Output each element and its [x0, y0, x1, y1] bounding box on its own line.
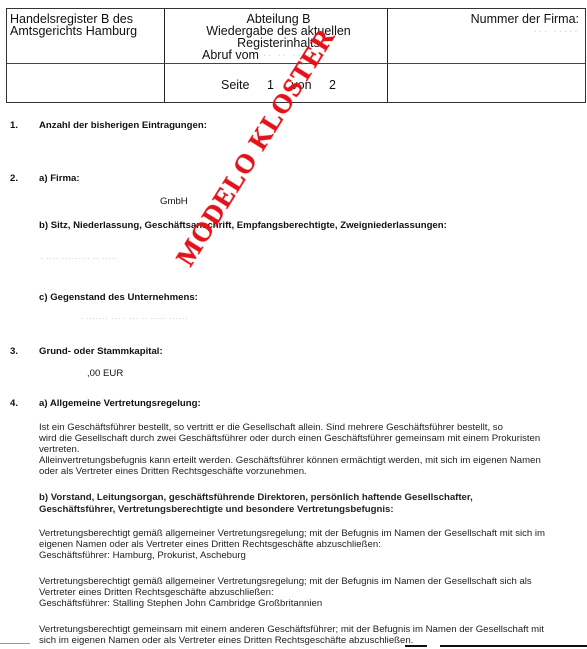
- text-line: Alleinvertretungsbefugnis kann erteilt w…: [39, 455, 541, 466]
- text-line: Geschäftsführer: Hamburg, Prokurist, Asc…: [39, 550, 545, 561]
- page-total: 2: [329, 78, 336, 92]
- representative-entry: Vertretungsberechtigt gemäß allgemeiner …: [39, 576, 532, 609]
- company-name-value: GmbH: [160, 196, 188, 207]
- text-line: Ist ein Geschäftsführer bestellt, so ver…: [39, 422, 541, 433]
- text-line: Vertreter eines Dritten Rechtsgeschäfte …: [39, 587, 532, 598]
- text-line: Vertretungsberechtigt gemäß allgemeiner …: [39, 576, 532, 587]
- company-number: Nummer der Firma: ··· ·····: [471, 13, 579, 37]
- page-label: Seite: [221, 78, 250, 92]
- court-line-2: Amtsgerichts Hamburg: [10, 25, 137, 37]
- company-number-value: ··· ·····: [471, 25, 579, 37]
- section-label: Anzahl der bisherigen Eintragungen:: [39, 120, 207, 131]
- business-purpose-label: c) Gegenstand des Unternehmens:: [39, 292, 198, 303]
- label-line: Geschäftsführer, Vertretungsberechtigte …: [39, 504, 473, 516]
- retrieval-date-label: Abruf vom: [202, 48, 259, 62]
- court-name: Handelsregister B des Amtsgerichts Hambu…: [10, 13, 137, 37]
- header-divider: [164, 9, 165, 102]
- margin-rule: [0, 643, 30, 644]
- text-line: wird die Gesellschaft durch zwei Geschäf…: [39, 433, 541, 444]
- section-number: 1.: [10, 120, 18, 131]
- retrieval-date-row: Abruf vom ·· ·· ·· ·· ·: [167, 49, 390, 61]
- text-line: oder als Vertreter eines Dritten Rechtsg…: [39, 466, 541, 477]
- general-representation-label: a) Allgemeine Vertretungsregelung:: [39, 398, 201, 409]
- seat-address-value: · ···· ········· ·· ·····: [40, 253, 118, 264]
- text-line: eigenen Namen oder als Vertreter eines D…: [39, 539, 545, 550]
- share-capital-label: Grund- oder Stammkapital:: [39, 346, 163, 357]
- label-line: b) Vorstand, Leitungsorgan, geschäftsfüh…: [39, 492, 473, 504]
- redaction-bar: [405, 645, 427, 647]
- section-number: 3.: [10, 346, 18, 357]
- department-info: Abteilung B Wiedergabe des aktuellen Reg…: [167, 13, 390, 61]
- general-representation-text: Ist ein Geschäftsführer bestellt, so ver…: [39, 422, 541, 477]
- text-line: vertreten.: [39, 444, 541, 455]
- business-purpose-value: · ······· ··· · ··· ·· ····· ······: [80, 313, 188, 324]
- seat-address-label: b) Sitz, Niederlassung, Geschäftsanschri…: [39, 220, 447, 231]
- company-name-label: a) Firma:: [39, 173, 80, 184]
- text-line: Vertretungsberechtigt gemeinsam mit eine…: [39, 624, 544, 635]
- text-line: Geschäftsführer: Stalling Stephen John C…: [39, 598, 532, 609]
- section-number: 4.: [10, 398, 18, 409]
- redaction-bar: [440, 645, 587, 647]
- section-number: 2.: [10, 173, 18, 184]
- text-line: Vertretungsberechtigt gemäß allgemeiner …: [39, 528, 545, 539]
- share-capital-value: ,00 EUR: [87, 368, 123, 379]
- board-representatives-label: b) Vorstand, Leitungsorgan, geschäftsfüh…: [39, 492, 473, 516]
- representative-entry: Vertretungsberechtigt gemäß allgemeiner …: [39, 528, 545, 561]
- representative-entry: Vertretungsberechtigt gemeinsam mit eine…: [39, 624, 544, 646]
